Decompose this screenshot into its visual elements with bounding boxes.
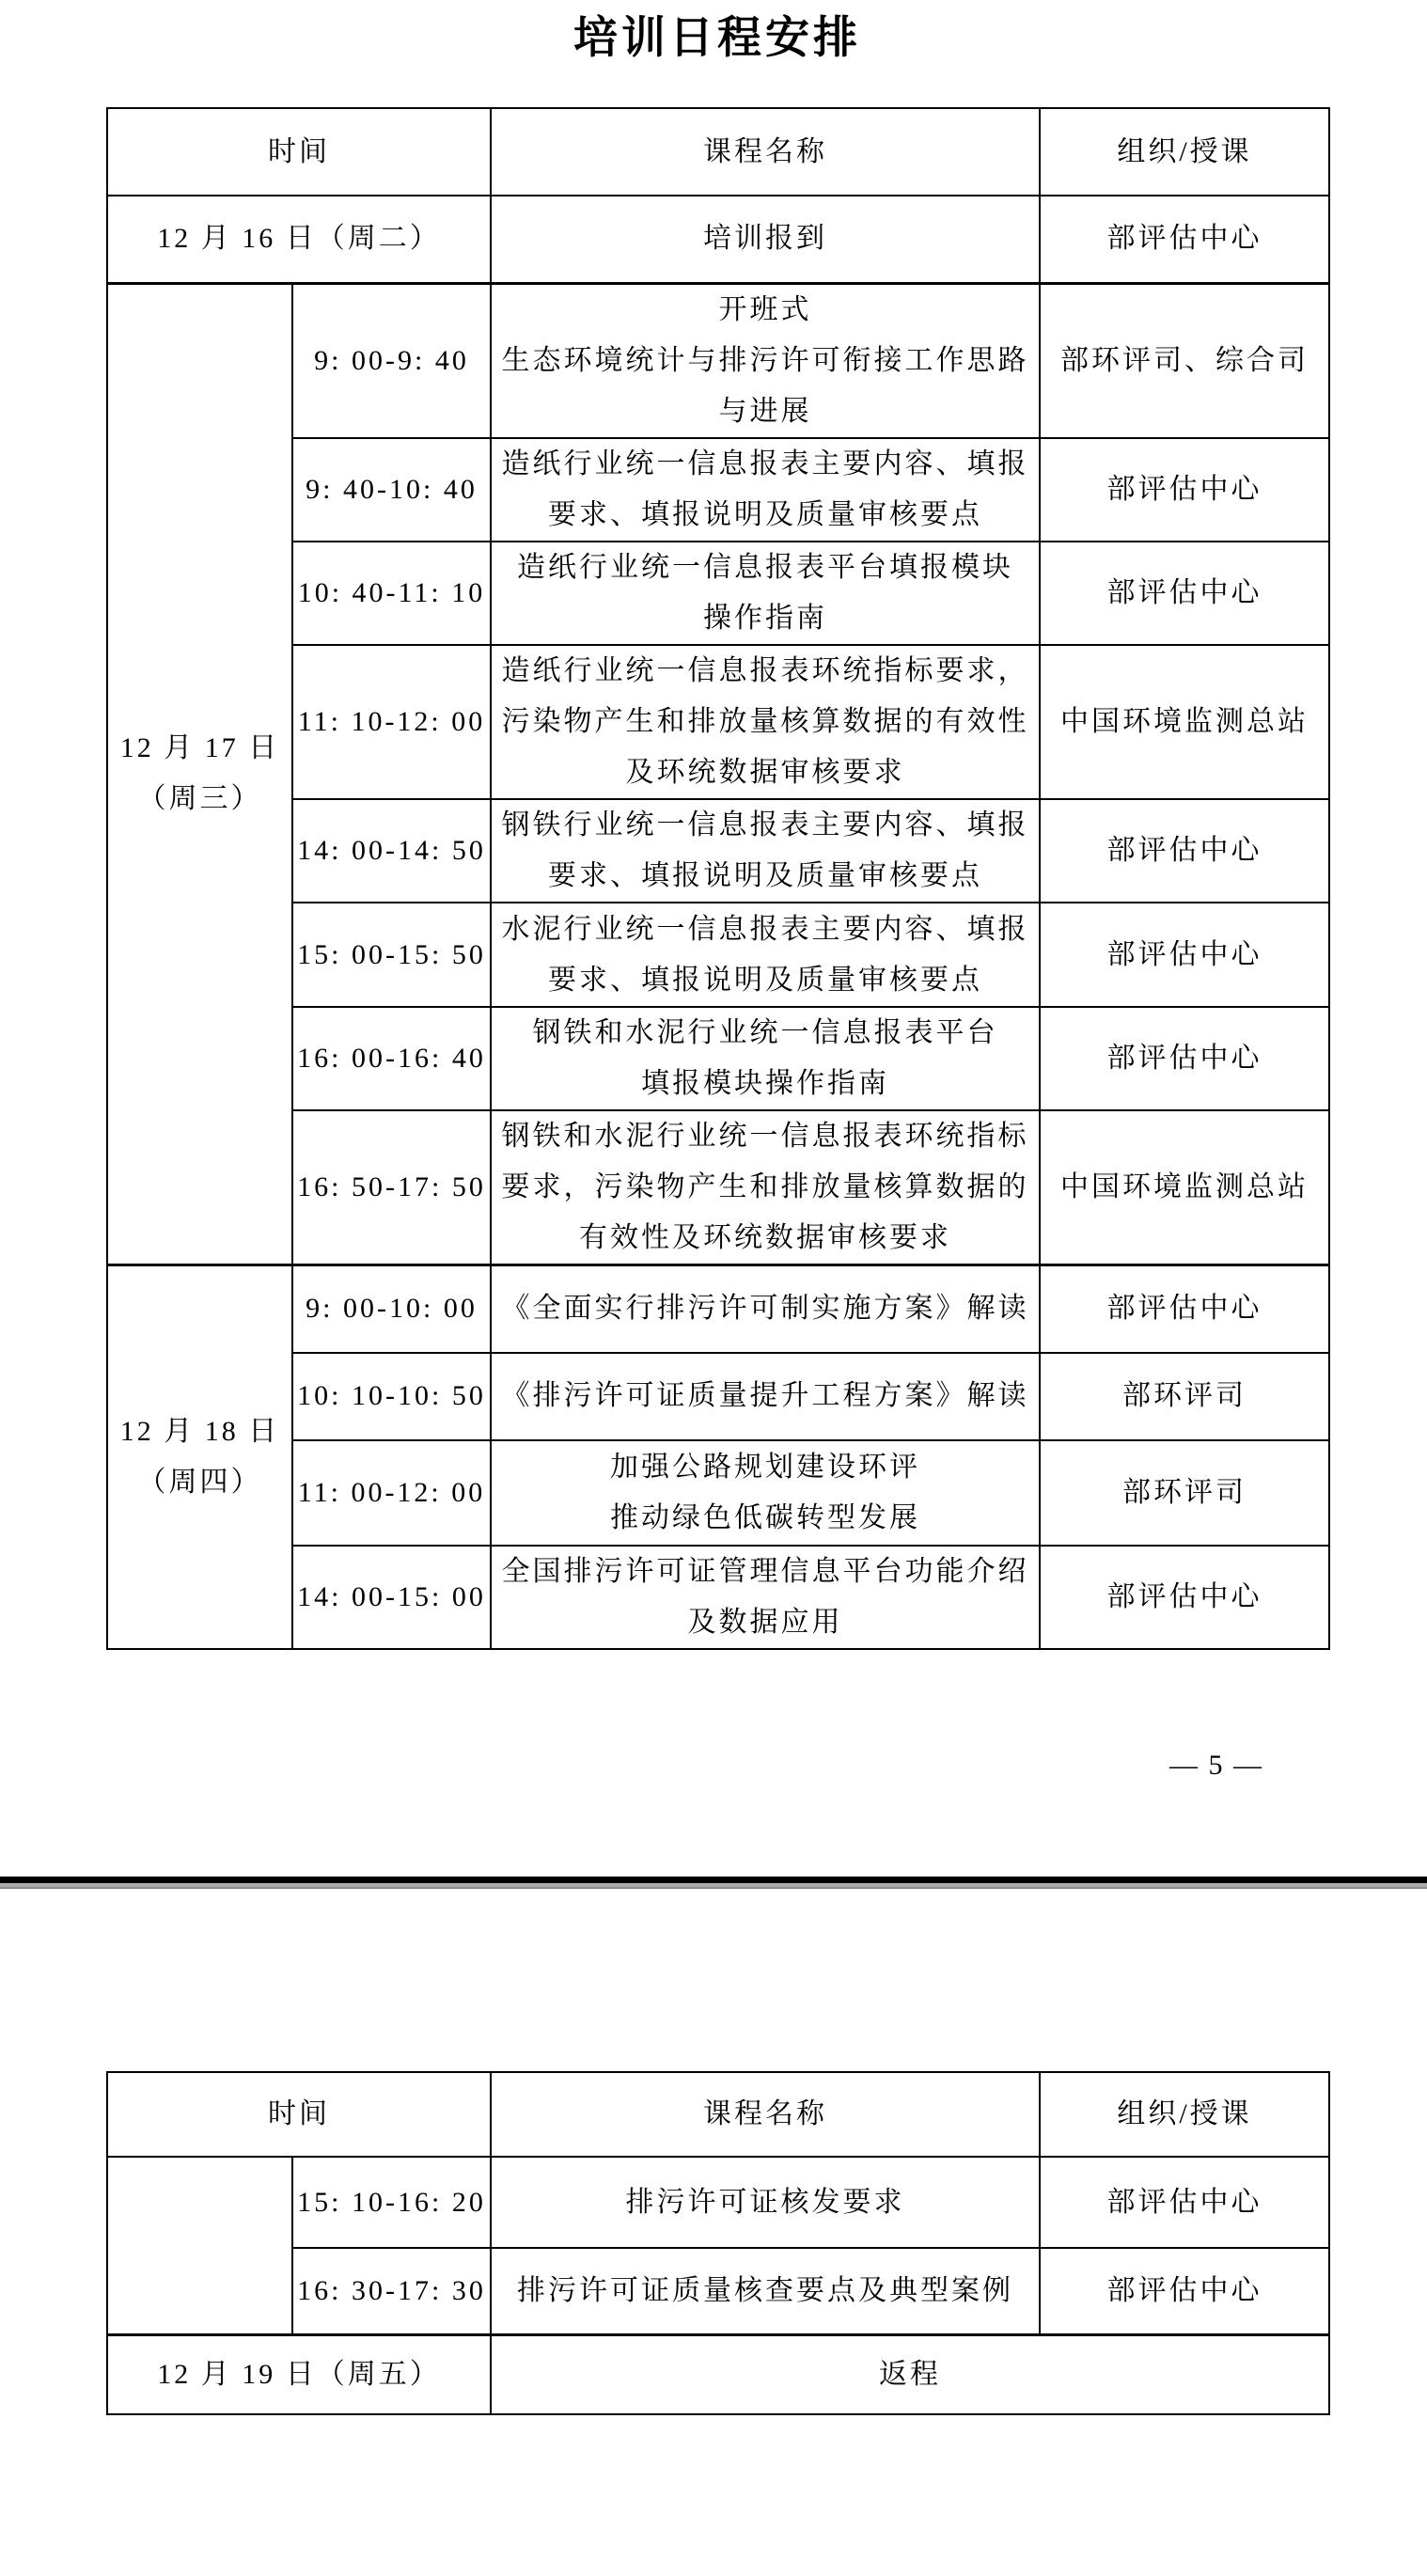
course-line: 造纸行业统一信息报表主要内容、填报 [492,439,1039,490]
course-line: 与进展 [492,386,1039,437]
date-cell: 12 月 17 日 （周三） [107,283,292,1265]
table-row: 12 月 17 日 （周三） 9: 00-9: 40 开班式 生态环境统计与排污… [107,283,1329,438]
org-cell: 部评估中心 [1040,1007,1329,1110]
org-cell: 部评估中心 [1040,2248,1329,2334]
header-cell-org: 组织/授课 [1040,108,1329,196]
org-cell: 部评估中心 [1040,1265,1329,1353]
header-row: 时间 课程名称 组织/授课 [107,108,1329,196]
table-row: 12 月 19 日（周五） 返程 [107,2334,1329,2414]
org-cell: 部评估中心 [1040,903,1329,1007]
course-cell: 水泥行业统一信息报表主要内容、填报 要求、填报说明及质量审核要点 [491,903,1040,1007]
course-cell: 钢铁和水泥行业统一信息报表环统指标 要求，污染物产生和排放量核算数据的 有效性及… [491,1110,1040,1265]
table-row: 12 月 16 日（周二） 培训报到 部评估中心 [107,196,1329,283]
date-line: （周三） [108,774,291,825]
document-page: 培训日程安排 时间 课程名称 组织/授课 12 月 16 日（周二） 培训报到 … [0,0,1427,2576]
time-cell: 14: 00-14: 50 [292,799,491,903]
table-row: 12 月 18 日 （周四） 9: 00-10: 00 《全面实行排污许可制实施… [107,1265,1329,1353]
course-line: 开班式 [492,285,1039,336]
course-line: 钢铁和水泥行业统一信息报表环统指标 [492,1111,1039,1162]
time-cell: 9: 40-10: 40 [292,438,491,542]
course-line: 操作指南 [492,593,1039,644]
course-cell: 造纸行业统一信息报表环统指标要求， 污染物产生和排放量核算数据的有效性 及环统数… [491,645,1040,799]
course-line: 全国排污许可证管理信息平台功能介绍 [492,1547,1039,1597]
header-cell-time: 时间 [107,2072,491,2157]
course-line: 生态环境统计与排污许可衔接工作思路 [492,336,1039,386]
course-line: 有效性及环统数据审核要求 [492,1213,1039,1264]
org-cell: 部评估中心 [1040,196,1329,283]
course-cell: 开班式 生态环境统计与排污许可衔接工作思路 与进展 [491,283,1040,438]
course-line: 要求，污染物产生和排放量核算数据的 [492,1162,1039,1213]
course-line: 造纸行业统一信息报表平台填报模块 [492,542,1039,593]
time-cell: 10: 40-11: 10 [292,542,491,645]
header-cell-course: 课程名称 [491,2072,1040,2157]
org-cell: 部环评司 [1040,1440,1329,1546]
org-cell: 部评估中心 [1040,799,1329,903]
date-line: （周四） [108,1457,291,1508]
table-row: 15: 10-16: 20 排污许可证核发要求 部评估中心 [107,2157,1329,2248]
date-cell: 12 月 16 日（周二） [107,196,491,283]
org-cell: 中国环境监测总站 [1040,1110,1329,1265]
schedule-table-page2: 时间 课程名称 组织/授课 15: 10-16: 20 排污许可证核发要求 部评… [106,2071,1330,2415]
course-line: 要求、填报说明及质量审核要点 [492,955,1039,1006]
doc-title: 培训日程安排 [106,11,1328,66]
date-line: 12 月 17 日 [108,723,291,774]
course-cell: 返程 [491,2334,1329,2414]
course-line: 水泥行业统一信息报表主要内容、填报 [492,904,1039,955]
course-cell: 造纸行业统一信息报表平台填报模块 操作指南 [491,542,1040,645]
time-cell: 9: 00-10: 00 [292,1265,491,1353]
course-cell: 钢铁行业统一信息报表主要内容、填报 要求、填报说明及质量审核要点 [491,799,1040,903]
time-cell: 16: 30-17: 30 [292,2248,491,2334]
org-cell: 部评估中心 [1040,1546,1329,1649]
course-line: 要求、填报说明及质量审核要点 [492,851,1039,902]
course-line: 加强公路规划建设环评 [492,1442,1039,1493]
time-cell: 16: 00-16: 40 [292,1007,491,1110]
time-cell: 15: 10-16: 20 [292,2157,491,2248]
course-line: 钢铁和水泥行业统一信息报表平台 [492,1008,1039,1059]
date-line: 12 月 18 日 [108,1406,291,1457]
org-cell: 部评估中心 [1040,438,1329,542]
org-cell: 部环评司、综合司 [1040,283,1329,438]
course-line: 造纸行业统一信息报表环统指标要求， [492,646,1039,697]
date-cell-empty [107,2157,292,2334]
time-cell: 16: 50-17: 50 [292,1110,491,1265]
time-cell: 14: 00-15: 00 [292,1546,491,1649]
time-cell: 10: 10-10: 50 [292,1353,491,1440]
time-cell: 11: 00-12: 00 [292,1440,491,1546]
schedule-table-page1: 时间 课程名称 组织/授课 12 月 16 日（周二） 培训报到 部评估中心 1… [106,107,1330,1650]
course-line: 《排污许可证质量提升工程方案》解读 [492,1371,1039,1422]
course-cell: 排污许可证核发要求 [491,2157,1040,2248]
course-cell: 《全面实行排污许可制实施方案》解读 [491,1265,1040,1353]
course-line: 及环统数据审核要求 [492,747,1039,798]
course-cell: 全国排污许可证管理信息平台功能介绍 及数据应用 [491,1546,1040,1649]
date-cell: 12 月 19 日（周五） [107,2334,491,2414]
course-line: 要求、填报说明及质量审核要点 [492,490,1039,541]
header-cell-time: 时间 [107,108,491,196]
course-line: 排污许可证核发要求 [492,2177,1039,2228]
course-line: 及数据应用 [492,1597,1039,1648]
course-cell: 钢铁和水泥行业统一信息报表平台 填报模块操作指南 [491,1007,1040,1110]
time-cell: 9: 00-9: 40 [292,283,491,438]
time-cell: 11: 10-12: 00 [292,645,491,799]
org-cell: 部评估中心 [1040,542,1329,645]
page-number: — 5 — [1169,1747,1263,1784]
header-row: 时间 课程名称 组织/授课 [107,2072,1329,2157]
course-line: 《全面实行排污许可制实施方案》解读 [492,1283,1039,1334]
org-cell: 部环评司 [1040,1353,1329,1440]
course-line: 填报模块操作指南 [492,1059,1039,1109]
course-cell: 培训报到 [491,196,1040,283]
org-cell: 中国环境监测总站 [1040,645,1329,799]
header-cell-course: 课程名称 [491,108,1040,196]
course-cell: 加强公路规划建设环评 推动绿色低碳转型发展 [491,1440,1040,1546]
course-cell: 造纸行业统一信息报表主要内容、填报 要求、填报说明及质量审核要点 [491,438,1040,542]
time-cell: 15: 00-15: 50 [292,903,491,1007]
header-cell-org: 组织/授课 [1040,2072,1329,2157]
page-separator [0,1877,1427,1889]
course-cell: 排污许可证质量核查要点及典型案例 [491,2248,1040,2334]
course-line: 推动绿色低碳转型发展 [492,1493,1039,1544]
course-cell: 《排污许可证质量提升工程方案》解读 [491,1353,1040,1440]
course-line: 钢铁行业统一信息报表主要内容、填报 [492,800,1039,851]
date-cell: 12 月 18 日 （周四） [107,1265,292,1649]
course-line: 排污许可证质量核查要点及典型案例 [492,2266,1039,2317]
course-line: 污染物产生和排放量核算数据的有效性 [492,697,1039,747]
org-cell: 部评估中心 [1040,2157,1329,2248]
